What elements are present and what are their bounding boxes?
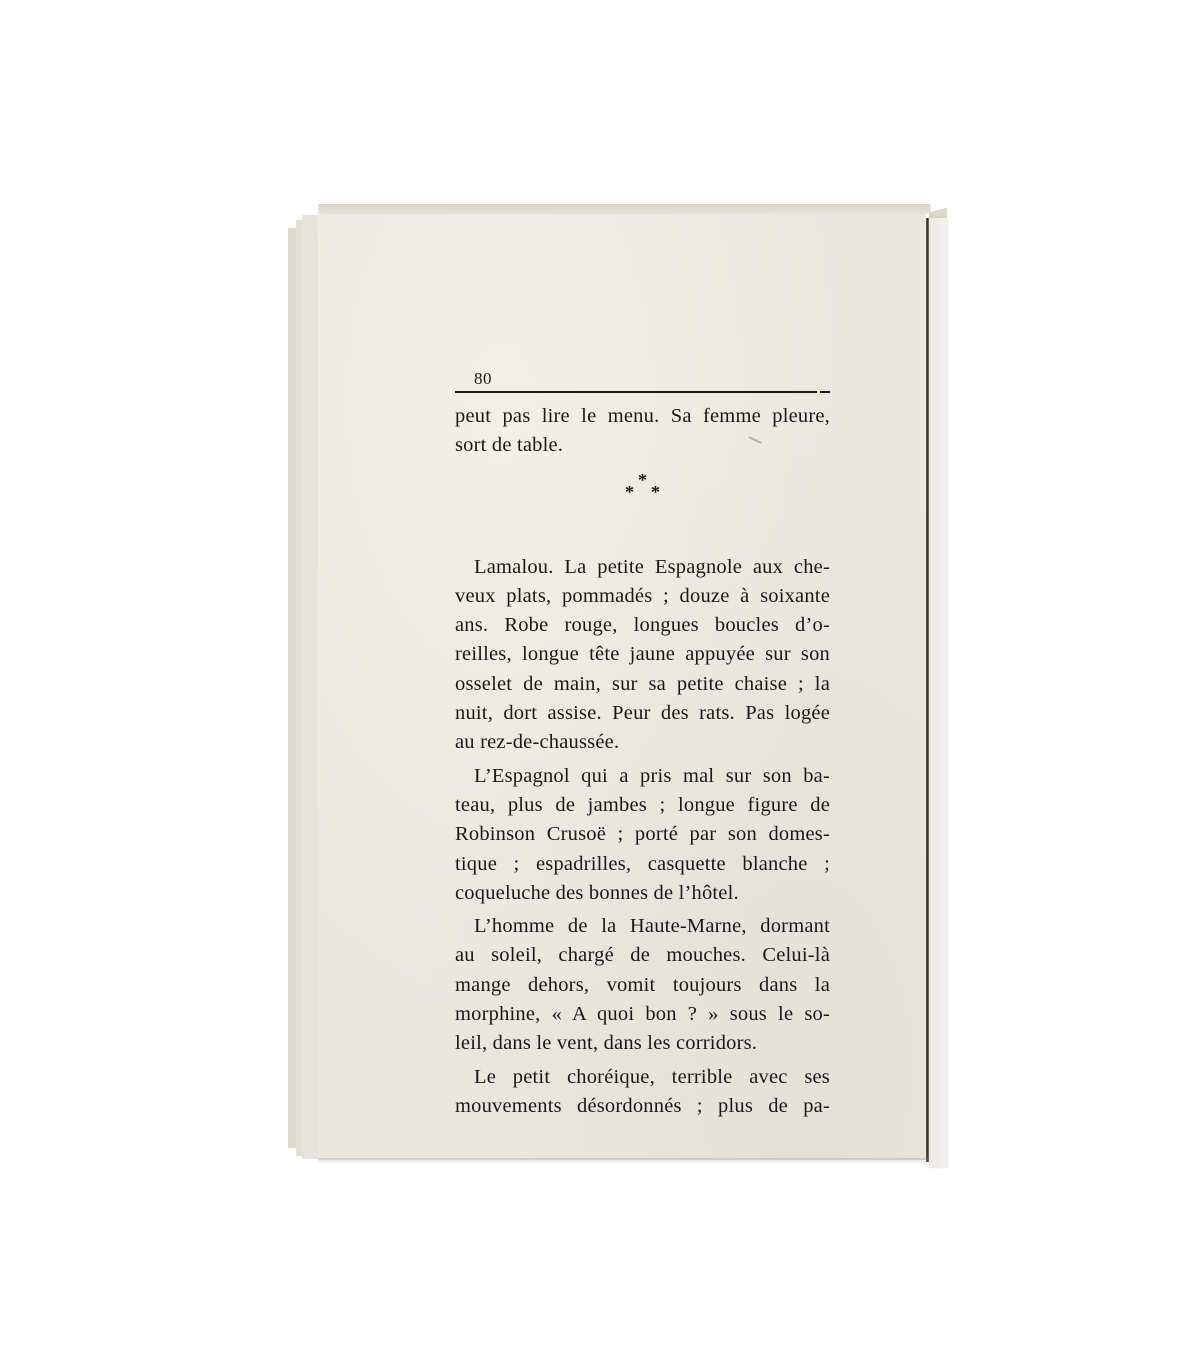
text-line: coqueluche des bonnes de l’hôtel. <box>455 879 830 908</box>
book-photo: 80 peut pas lire le menu. Sa femme pleur… <box>0 0 1200 1372</box>
section-break: * * * <box>455 467 830 553</box>
page-number: 80 <box>474 369 492 389</box>
text-line: mouvements désordonnés ; plus de pa- <box>455 1092 830 1121</box>
paragraph: L’Espagnol qui a pris mal sur son ba- te… <box>455 762 830 908</box>
running-head: 80 <box>455 369 830 393</box>
text-line: ans. Robe rouge, longues boucles d’o- <box>455 611 830 640</box>
paragraph: Le petit choréique, terrible avec ses mo… <box>455 1063 830 1122</box>
asterism-icon: * <box>651 483 660 501</box>
text-line: L’Espagnol qui a pris mal sur son ba- <box>455 762 830 791</box>
text-line: au rez-de-chaussée. <box>455 728 830 757</box>
paragraph: L’homme de la Haute-Marne, dormant au so… <box>455 912 830 1058</box>
header-rule <box>455 391 817 393</box>
text-line: mange dehors, vomit toujours dans la <box>455 971 830 1000</box>
book-page: 80 peut pas lire le menu. Sa femme pleur… <box>318 214 926 1160</box>
text-line: morphine, « A quoi bon ? » sous le so- <box>455 1000 830 1029</box>
page-stack-top-edge <box>318 204 931 214</box>
body-text: peut pas lire le menu. Sa femme pleure, … <box>455 402 830 1121</box>
paragraph: Lamalou. La petite Espagnole aux che- ve… <box>455 553 830 758</box>
text-line: osselet de main, sur sa petite chaise ; … <box>455 670 830 699</box>
text-line: Lamalou. La petite Espagnole aux che- <box>455 553 830 582</box>
text-line: nuit, dort assise. Peur des rats. Pas lo… <box>455 699 830 728</box>
text-line: veux plats, pommadés ; douze à soixante <box>455 582 830 611</box>
asterism-icon: * <box>638 471 647 489</box>
text-line: leil, dans le vent, dans les corridors. <box>455 1029 830 1058</box>
text-line: peut pas lire le menu. Sa femme pleure, <box>455 402 830 431</box>
header-rule-tail <box>820 391 830 393</box>
text-line: au soleil, chargé de mouches. Celui-là <box>455 941 830 970</box>
book-cover-edge <box>929 218 947 1168</box>
paragraph-continuation: peut pas lire le menu. Sa femme pleure, … <box>455 402 830 461</box>
text-line: L’homme de la Haute-Marne, dormant <box>455 912 830 941</box>
text-line: sort de table. <box>455 431 830 460</box>
asterism-icon: * <box>625 483 634 501</box>
text-line: Robinson Crusoë ; porté par son domes- <box>455 820 830 849</box>
text-line: tique ; espadrilles, casquette blanche ; <box>455 850 830 879</box>
text-line: teau, plus de jambes ; longue figure de <box>455 791 830 820</box>
spine-gutter-line <box>926 218 929 1162</box>
text-line: Le petit choréique, terrible avec ses <box>455 1063 830 1092</box>
text-line: reilles, longue tête jaune appuyée sur s… <box>455 640 830 669</box>
page-bottom-shadow <box>318 1158 928 1164</box>
